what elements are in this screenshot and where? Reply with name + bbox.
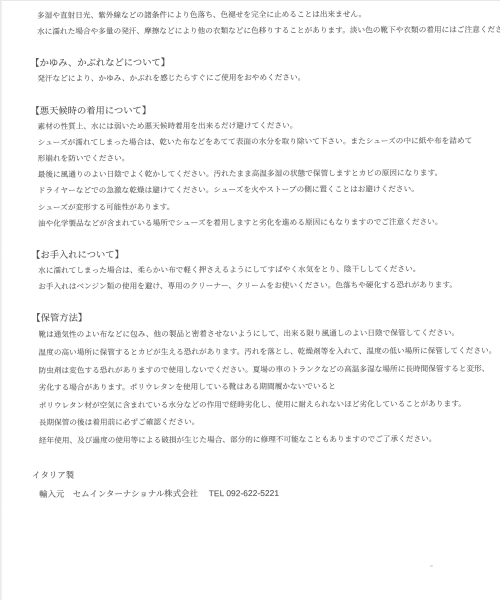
body-line: シューズが変形する可能性があります。 — [31, 198, 500, 216]
scan-edge-line — [0, 0, 500, 1]
body-line: 油や化学製品などが含まれている場所でシューズを着用しますと劣化を進める原因にもな… — [31, 214, 500, 232]
body-line: 靴は通気性のよい布などに包み、他の製品と密着させないようにして、出来る限り風通し… — [31, 324, 500, 344]
footer: イタリア製 輸入元 セムインターナショナル株式会社 TEL 092-622-52… — [32, 464, 500, 504]
section-care: 【お手入れについて】 水に濡れてしまった場合は、柔らかい布で軽く押さえるようにし… — [31, 245, 500, 295]
body-line: 経年使用、及び過度の使用等による破損が生じた場合、部分的に修理不可能なこともあり… — [32, 430, 500, 450]
section-itchiness: 【かゆみ、かぶれなどについて】 発汗などにより、かゆみ、かぶれを感じたらすぐにご… — [30, 53, 500, 87]
body-line: 防虫剤は変色する恐れがありますので使用しないでください。夏場の車のトランクなどの… — [32, 360, 500, 380]
body-line: 最後に風通りのよい日陰でよく乾かしてください。汚れたまま高温多湿の状態で保管しま… — [31, 165, 500, 183]
body-line: お手入れはベンジン類の使用を避け、専用のクリーナー、クリームをお使いください。色… — [31, 277, 500, 295]
body-line: 水に濡れてしまった場合は、柔らかい布で軽く押さえるようにしてすばやく水気をとり、… — [31, 261, 500, 279]
document-page: 多湿や直射日光、紫外線などの諸条件により色落ち、色褪せを完全に止めることは出来ま… — [30, 2, 500, 504]
body-line: 劣化する場合があります。ポリウレタンを使用している靴はある期間履かないでいると — [32, 377, 500, 397]
scan-edge-shadow — [0, 0, 3, 600]
intro-paragraph: 多湿や直射日光、紫外線などの諸条件により色落ち、色褪せを完全に止めることは出来ま… — [30, 2, 500, 40]
importer-info: 輸入元 セムインターナショナル株式会社 TEL 092-622-5221 — [32, 482, 500, 504]
intro-line: 多湿や直射日光、紫外線などの諸条件により色落ち、色褪せを完全に止めることは出来ま… — [30, 6, 500, 24]
body-line: ポリウレタン材が空気に含まれている水分などの作用で経時劣化し、使用に耐えられない… — [32, 395, 500, 415]
body-line: 形崩れを防いでください。 — [31, 149, 500, 167]
intro-line: 水に濡れた場合や多量の発汗、摩擦などにより他の衣類などに色移りすることがあります… — [30, 22, 500, 40]
body-line: 温度の高い場所に保管するとカビが生える恐れがあります。汚れを落とし、乾燥剤等を入… — [31, 342, 500, 362]
body-line: 長期保管の後は着用前に必ずご確認ください。 — [32, 412, 500, 432]
body-line: 素材の性質上、水には弱いため悪天候時着用を出来るだけ避けてください。 — [31, 117, 500, 135]
body-line: シューズが濡れてしまった場合は、乾いた布などをあてて表面の水分を取り除いて下さい… — [31, 133, 500, 151]
body-line: ドライヤーなどでの急激な乾燥は避けてください。シューズを火やストーブの側に置くこ… — [31, 181, 500, 199]
scan-artifact — [430, 565, 433, 567]
country-of-origin: イタリア製 — [32, 464, 500, 484]
section-bad-weather: 【悪天候時の着用について】 素材の性質上、水には弱いため悪天候時着用を出来るだけ… — [30, 101, 500, 232]
body-line: 発汗などにより、かゆみ、かぶれを感じたらすぐにご使用をおやめください。 — [30, 69, 500, 87]
section-storage: 【保管方法】 靴は通気性のよい布などに包み、他の製品と密着させないようにして、出… — [31, 308, 500, 449]
